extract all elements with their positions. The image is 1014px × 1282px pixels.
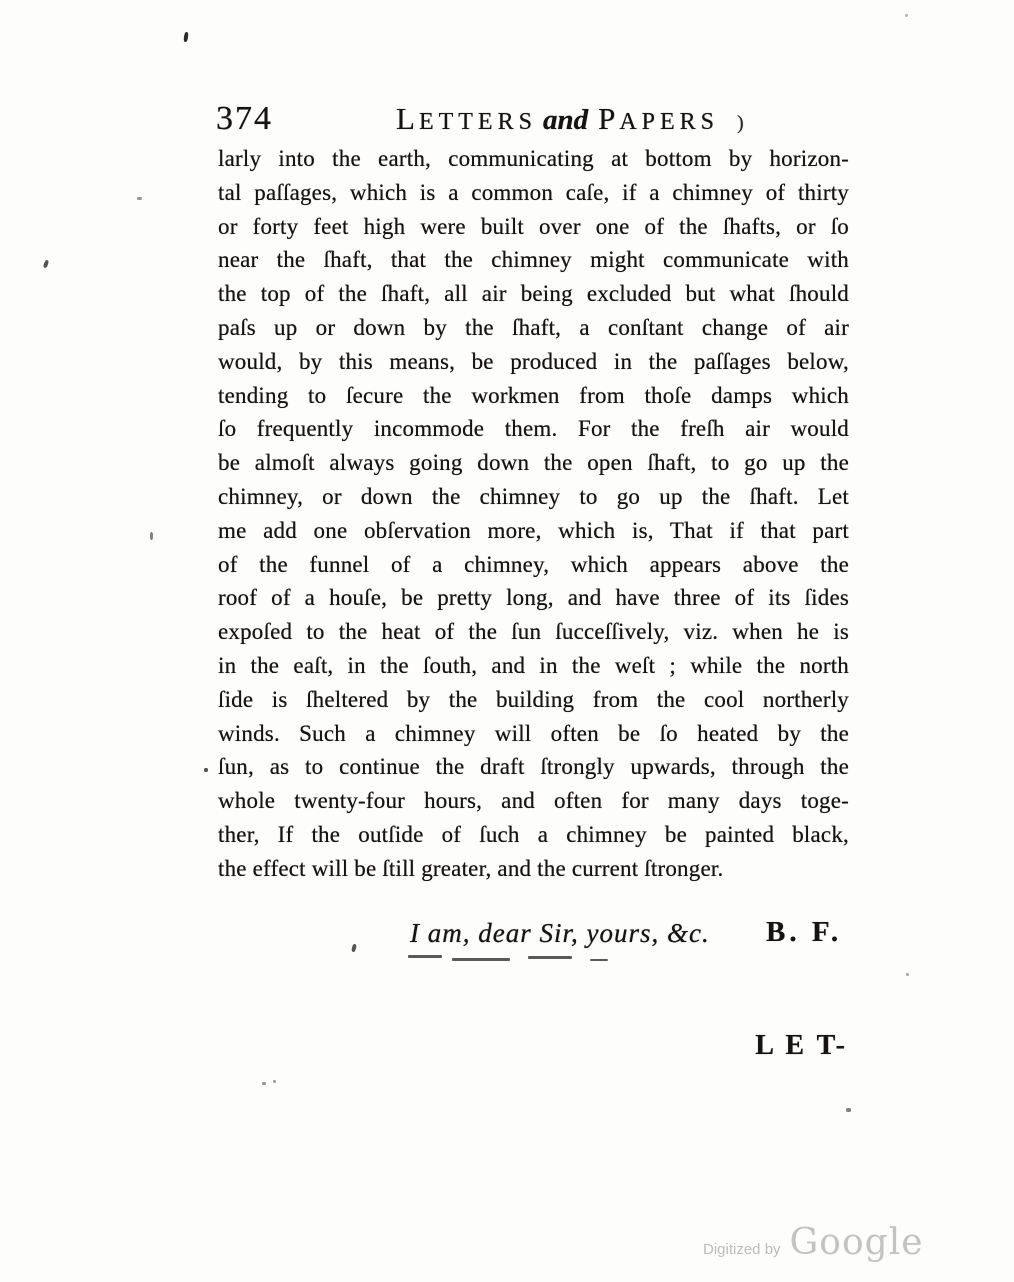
text-line: whole twenty-four hours, and often for m… xyxy=(218,784,849,818)
running-title-bracket-mark: ) xyxy=(737,112,744,134)
book-page: 374 LETTERS and PAPERS ) larly into the … xyxy=(0,0,1014,1282)
text-line: ſun, as to continue the draft ſtrongly u… xyxy=(218,750,849,784)
text-line: roof of a houſe, be pretty long, and hav… xyxy=(218,581,849,615)
scan-speckle xyxy=(273,1080,276,1083)
running-title-letters-initial: L xyxy=(396,101,419,136)
running-title-papers-rest: APERS xyxy=(619,109,719,135)
signature-text: I am, dear Sir, yours, &c. xyxy=(410,918,710,949)
text-line: of the funnel of a chimney, which appear… xyxy=(218,548,849,582)
text-line: would, by this means, be produced in the… xyxy=(218,345,849,379)
text-line: me add one obſervation more, which is, T… xyxy=(218,514,849,548)
text-line: the effect will be ſtill greater, and th… xyxy=(218,852,849,886)
page-number: 374 xyxy=(216,100,273,138)
text-line: tal paſſages, which is a common caſe, if… xyxy=(218,176,849,210)
running-title: LETTERS and PAPERS ) xyxy=(396,101,744,137)
text-line: ſide is ſheltered by the building from t… xyxy=(218,683,849,717)
text-line: ther, If the outſide of ſuch a chimney b… xyxy=(218,818,849,852)
ink-smudge xyxy=(408,955,442,958)
ink-smudge xyxy=(590,959,608,961)
signature-initials: B. F. xyxy=(766,916,842,949)
catchword: L E T- xyxy=(218,1030,848,1062)
text-line: larly into the earth, communicating at b… xyxy=(218,142,849,176)
running-title-conjunction: and xyxy=(543,104,588,136)
text-line: chimney, or down the chimney to go up th… xyxy=(218,480,849,514)
scan-speckle xyxy=(204,768,208,772)
signature-line: I am, dear Sir, yours, &c. B. F. xyxy=(0,918,1014,958)
text-line: in the eaſt, in the ſouth, and in the we… xyxy=(218,649,849,683)
scan-speckle xyxy=(905,14,908,17)
body-text: larly into the earth, communicating at b… xyxy=(218,142,849,886)
scan-speckle xyxy=(262,1082,266,1085)
watermark-prefix: Digitized by xyxy=(703,1241,781,1258)
text-line: paſs up or down by the ſhaft, a conſtant… xyxy=(218,311,849,345)
text-line: be almoſt always going down the open ſha… xyxy=(218,446,849,480)
text-line: the top of the ſhaft, all air being excl… xyxy=(218,277,849,311)
text-line: or forty feet high were built over one o… xyxy=(218,210,849,244)
running-title-letters-rest: ETTERS xyxy=(419,109,537,135)
scan-speckle xyxy=(150,532,153,540)
scan-speckle xyxy=(137,197,142,200)
text-line: near the ſhaft, that the chimney might c… xyxy=(218,243,849,277)
text-line: ſo frequently incommode them. For the fr… xyxy=(218,412,849,446)
scan-speckle xyxy=(906,973,909,976)
ink-smudge xyxy=(452,958,510,961)
scan-speckle xyxy=(846,1108,851,1112)
scan-speckle xyxy=(183,32,188,42)
digitization-watermark: Digitized by Google xyxy=(703,1222,924,1263)
scan-speckle xyxy=(43,260,49,269)
text-line: tending to ſecure the workmen from thoſe… xyxy=(218,379,849,413)
running-title-papers-initial: P xyxy=(598,101,619,136)
text-line: winds. Such a chimney will often be ſo h… xyxy=(218,717,849,751)
text-line: expoſed to the heat of the ſun ſucceſſiv… xyxy=(218,615,849,649)
google-logo: Google xyxy=(790,1222,924,1263)
ink-smudge xyxy=(528,956,572,959)
